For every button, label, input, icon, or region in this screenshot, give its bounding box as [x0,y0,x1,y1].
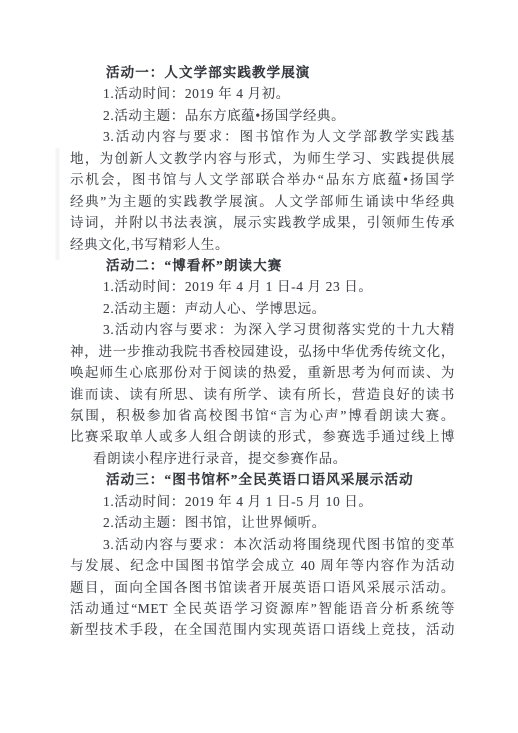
text-line: 看朗读小程序进行录音，提交参赛作品。 [70,448,455,469]
section-2: 活动二：“博看杯”朗读大赛1.活动时间：2019 年 4 月 1 日-4 月 2… [70,255,455,469]
text-line: 2.活动主题：品东方底蕴•扬国学经典。 [70,105,455,126]
document-content: 活动一：人文学部实践教学展演1.活动时间：2019 年 4 月初。2.活动主题：… [70,62,455,641]
text-line: 3.活动内容与要求：图书馆作为人文学部教学实践基 [70,126,455,147]
text-line: 谁而读、读有所思、读有所学、读有所长，营造良好的读书 [70,384,455,405]
text-line: 经典文化,书写精彩人生。 [70,234,455,255]
text-line: 与发展、纪念中国图书馆学会成立 40 周年等内容作为活动 [70,555,455,576]
section-3: 活动三：“图书馆杯”全民英语口语风采展示活动1.活动时间：2019 年 4 月 … [70,469,455,641]
text-line: 2.活动主题：声动人心、学博思远。 [70,298,455,319]
section-heading: 活动二：“博看杯”朗读大赛 [70,255,455,276]
scan-artifact [56,148,59,260]
text-line: 诗词，并附以书法表演，展示实践教学成果，引领师生传承 [70,212,455,233]
text-line: 神，进一步推动我院书香校园建设，弘扬中华优秀传统文化， [70,341,455,362]
text-line: 活动通过“MET 全民英语学习资源库”智能语音分析系统等 [70,598,455,619]
text-line: 1.活动时间：2019 年 4 月 1 日-4 月 23 日。 [70,276,455,297]
section-1: 活动一：人文学部实践教学展演1.活动时间：2019 年 4 月初。2.活动主题：… [70,62,455,255]
text-line: 示机会，图书馆与人文学部联合举办“品东方底蕴•扬国学 [70,169,455,190]
text-line: 比赛采取单人或多人组合朗读的形式，参赛选手通过线上博 [70,426,455,447]
text-line: 3.活动内容与要求：为深入学习贯彻落实党的十九大精 [70,319,455,340]
section-heading: 活动三：“图书馆杯”全民英语口语风采展示活动 [70,469,455,490]
text-line: 题目，面向全国各图书馆读者开展英语口语风采展示活动。 [70,577,455,598]
section-heading: 活动一：人文学部实践教学展演 [70,62,455,83]
text-line: 经典”为主题的实践教学展演。人文学部师生诵读中华经典 [70,191,455,212]
text-line: 2.活动主题：图书馆，让世界倾听。 [70,512,455,533]
text-line: 地，为创新人文教学内容与形式，为师生学习、实践提供展 [70,148,455,169]
text-line: 新型技术手段，在全国范围内实现英语口语线上竞技，活动 [70,619,455,640]
text-line: 3.活动内容与要求：本次活动将围绕现代图书馆的变革 [70,534,455,555]
text-line: 1.活动时间：2019 年 4 月初。 [70,83,455,104]
text-line: 唤起师生心底那份对于阅读的热爱，重新思考为何而读、为 [70,362,455,383]
text-line: 氛围，积极参加省高校图书馆“言为心声”博看朗读大赛。 [70,405,455,426]
document-page: 活动一：人文学部实践教学展演1.活动时间：2019 年 4 月初。2.活动主题：… [0,0,518,733]
text-line: 1.活动时间：2019 年 4 月 1 日-5 月 10 日。 [70,491,455,512]
